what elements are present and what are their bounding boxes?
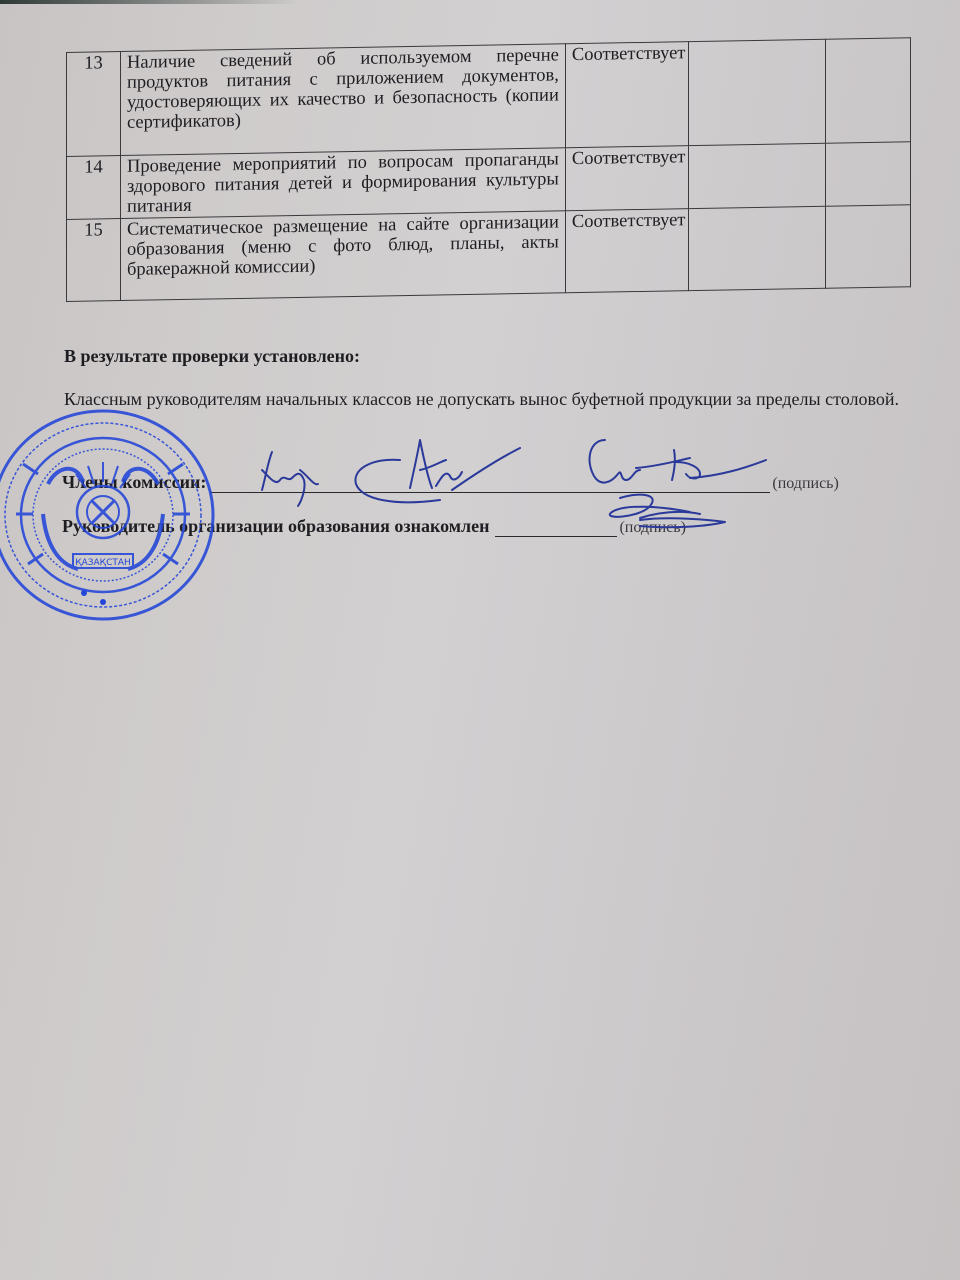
commission-signature-hint: (подпись) bbox=[772, 475, 838, 493]
table-row: 13 Наличие сведений об используемом пере… bbox=[67, 38, 911, 157]
row-empty-cell bbox=[689, 39, 826, 145]
table-row: 15 Систематическое размещение на сайте о… bbox=[67, 205, 911, 302]
row-number: 15 bbox=[67, 219, 121, 302]
row-number: 14 bbox=[67, 156, 121, 220]
result-heading: В результате проверки установлено: bbox=[64, 346, 360, 367]
row-empty-cell bbox=[826, 38, 911, 143]
row-status: Соответствует bbox=[565, 42, 688, 148]
row-empty-cell bbox=[826, 142, 911, 206]
checklist-table: 13 Наличие сведений об используемом пере… bbox=[66, 37, 911, 302]
official-seal-stamp: ҚАЗАҚСТАН bbox=[0, 404, 218, 626]
row-status: Соответствует bbox=[565, 146, 688, 211]
row-criterion: Проведение мероприятий по вопросам пропа… bbox=[120, 148, 565, 219]
row-criterion: Систематическое размещение на сайте орга… bbox=[120, 211, 565, 301]
row-number: 13 bbox=[67, 52, 121, 157]
row-empty-cell bbox=[689, 206, 826, 290]
seal-country-text: ҚАЗАҚСТАН bbox=[75, 558, 131, 568]
head-signature-hint: (подпись) bbox=[619, 519, 685, 537]
commission-signature-line bbox=[210, 476, 770, 493]
row-status: Соответствует bbox=[565, 209, 688, 293]
row-empty-cell bbox=[689, 143, 826, 208]
head-signature-line bbox=[495, 520, 617, 537]
row-empty-cell bbox=[826, 205, 911, 288]
row-criterion: Наличие сведений об используемом перечне… bbox=[120, 44, 565, 156]
checklist-table-container: 13 Наличие сведений об используемом пере… bbox=[66, 0, 926, 310]
